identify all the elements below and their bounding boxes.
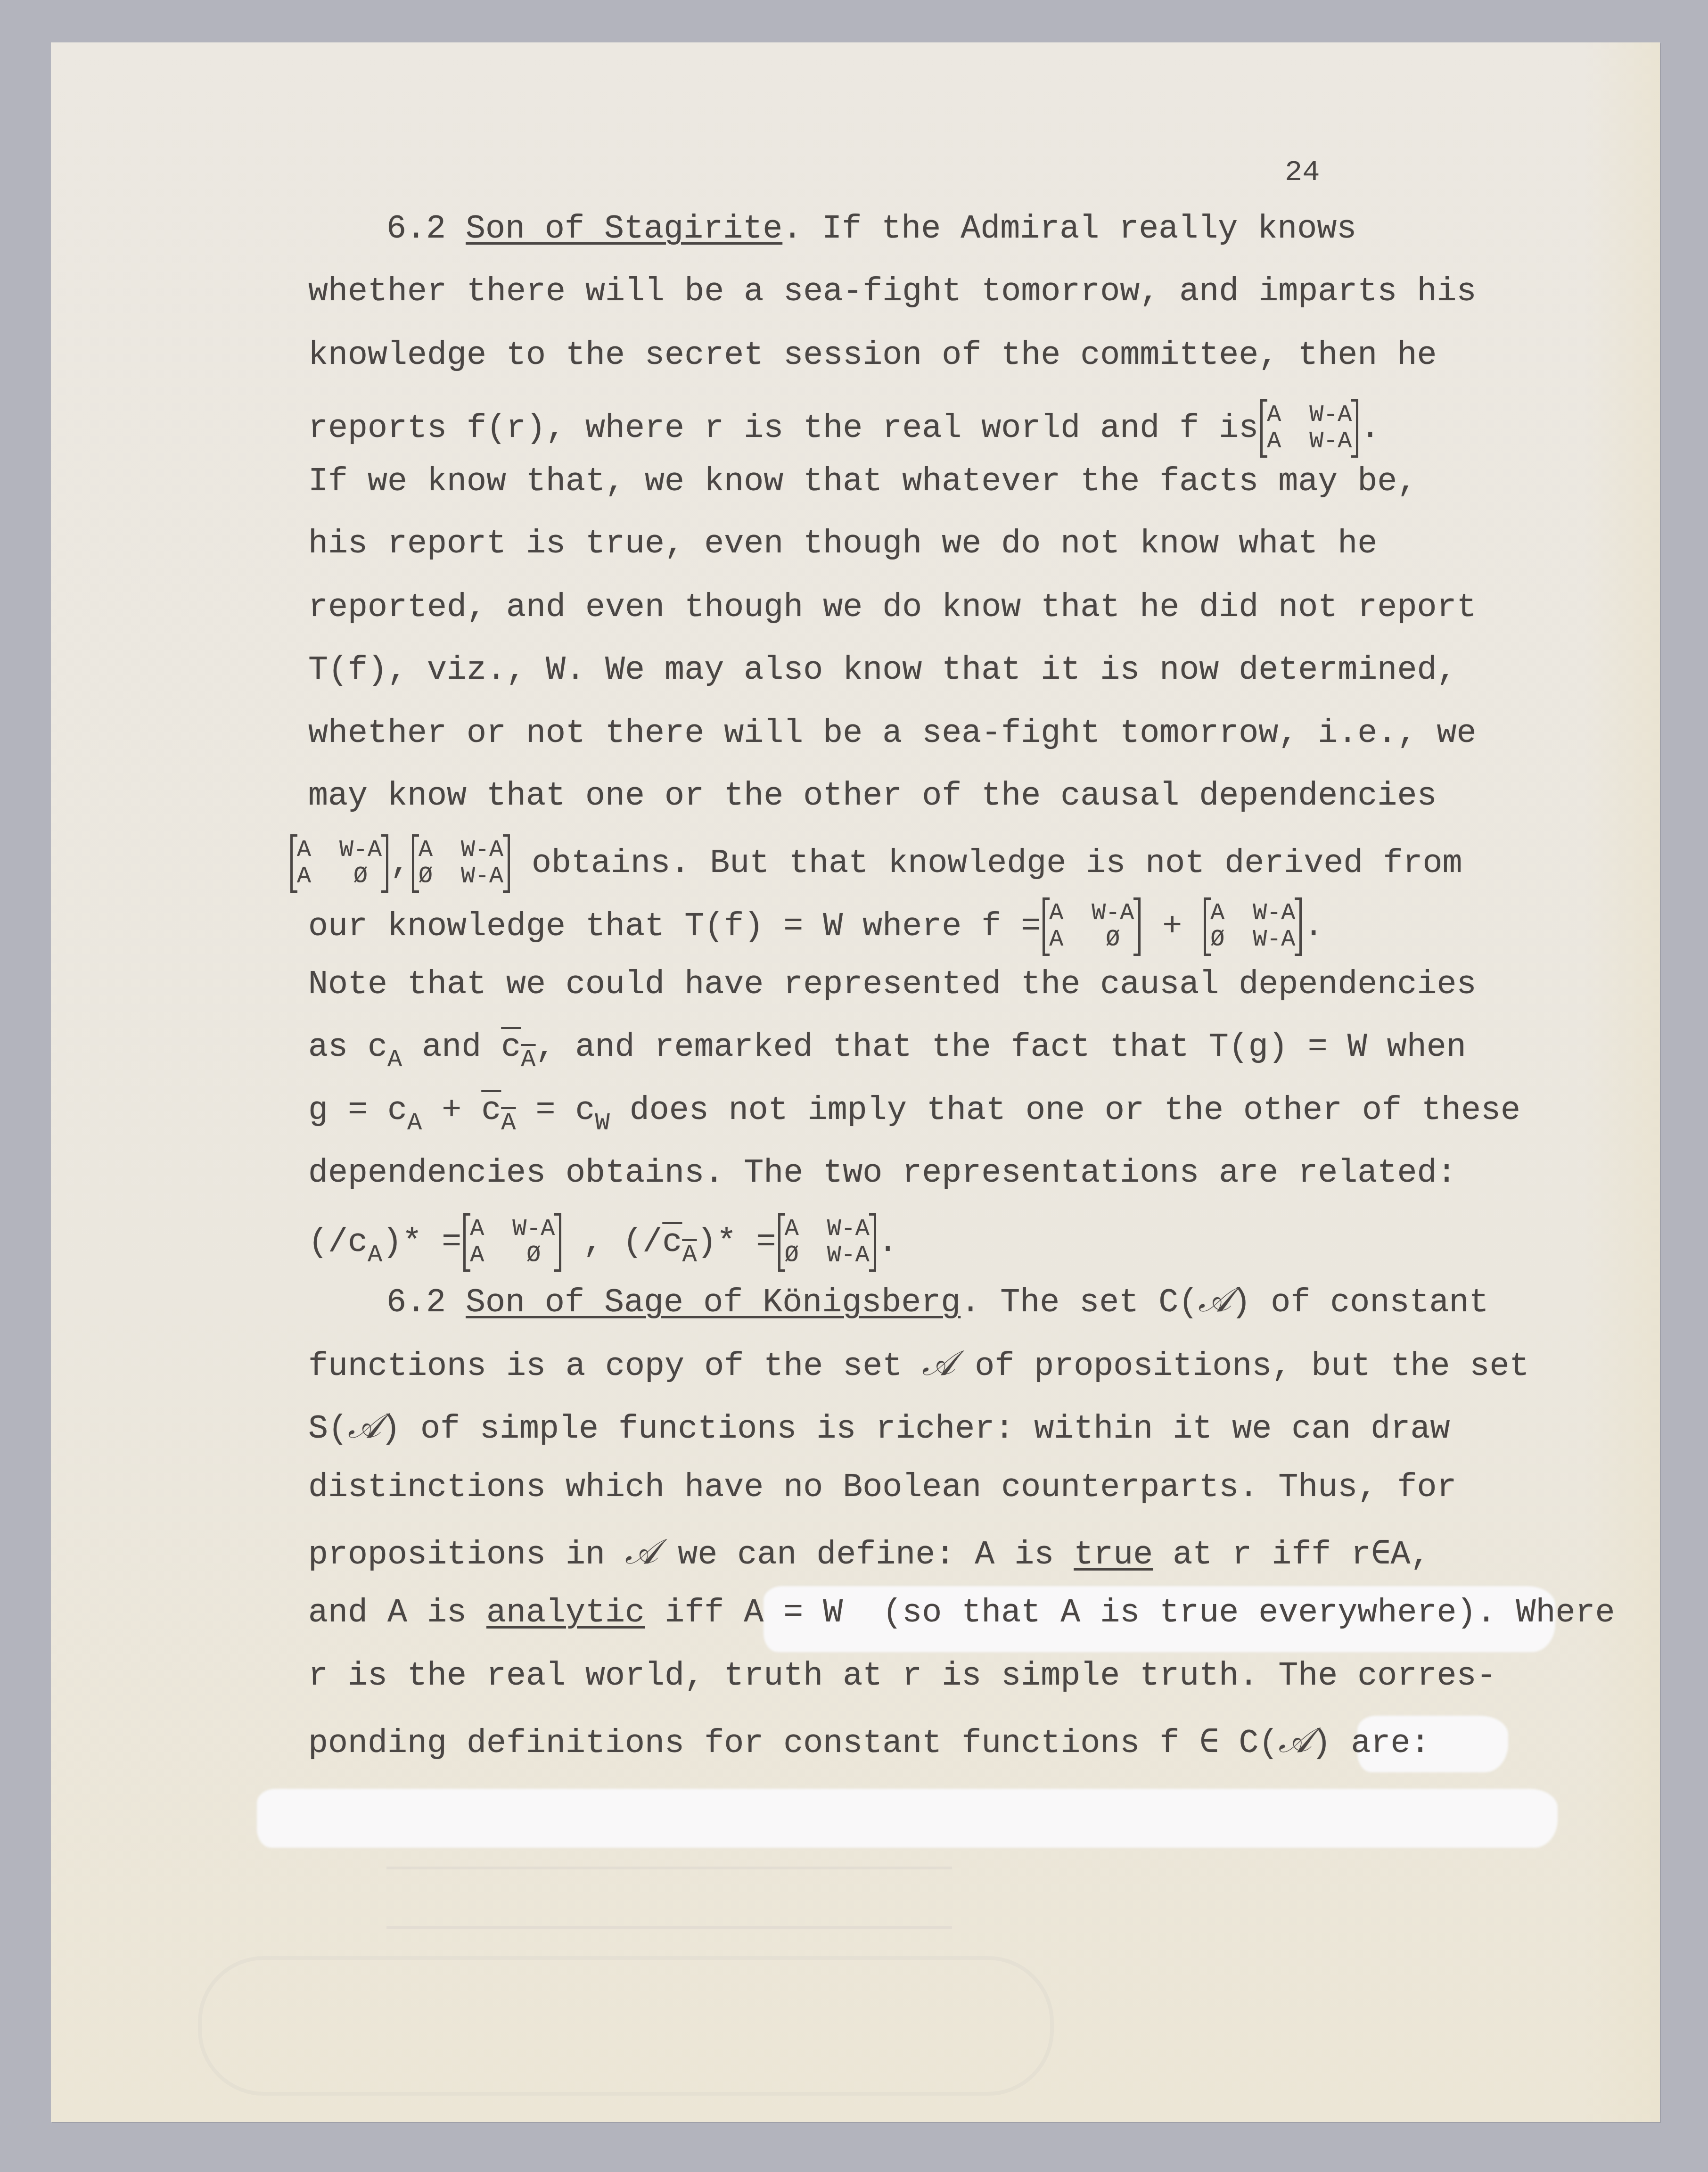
matrix-row: A W-A [419, 837, 503, 864]
text-line: r is the real world, truth at r is simpl… [308, 1660, 1496, 1693]
text-run: c [662, 1224, 682, 1261]
subscript: W [595, 1109, 610, 1137]
text-run: propositions in [308, 1537, 625, 1574]
text-line: and A is analytic iff A = W (so that A i… [308, 1597, 1615, 1630]
matrix-dependency-2: A W-AØ W-A [412, 837, 510, 890]
correction-fluid-patch [257, 1789, 1558, 1848]
text-run: )* = [697, 1224, 776, 1261]
text-line: reports f(r), where r is the real world … [308, 402, 1380, 455]
section1-heading-line: 6.2 Son of Stagirite. If the Admiral rea… [386, 213, 1356, 246]
term-true: true [1074, 1537, 1153, 1574]
text-run: does not imply that one or the other of … [610, 1092, 1520, 1129]
script-a-symbol: 𝒜 [625, 1531, 658, 1572]
text-line: whether or not there will be a sea-fight… [308, 717, 1476, 750]
text-run: our knowledge that T(f) = W where f = [308, 908, 1041, 946]
matrix-sum-term-2: A W-AØ W-A [1204, 900, 1302, 953]
text-line: S(𝒜) of simple functions is richer: with… [308, 1408, 1450, 1446]
text-run: S( [308, 1411, 348, 1448]
matrix-row: A W-A [297, 837, 382, 864]
script-a-symbol: 𝒜 [348, 1406, 381, 1446]
text-run: and [402, 1029, 501, 1066]
text-run: ponding definitions for constant functio… [308, 1725, 1278, 1762]
text-run: c [501, 1029, 521, 1066]
subscript: A [682, 1241, 697, 1269]
text-line: may know that one or the other of the ca… [308, 780, 1437, 813]
text-run: iff A = W (so that A is true everywhere)… [645, 1595, 1615, 1632]
text-run: c [481, 1092, 501, 1129]
matrix-row: A W-A [1049, 900, 1134, 927]
text-run: . [878, 1224, 898, 1261]
text-line: knowledge to the secret session of the c… [308, 339, 1437, 372]
matrix-relation-1: A W-AA Ø [463, 1216, 561, 1269]
text-run: , [390, 845, 410, 882]
show-through-mark [386, 1867, 952, 1929]
subscript: A [407, 1109, 422, 1137]
matrix-f: A W-AA W-A [1260, 402, 1358, 455]
section2-number: 6.2 [386, 1284, 446, 1322]
matrix-row: A W-A [1267, 402, 1352, 428]
text-run: ) of constant [1231, 1284, 1488, 1322]
term-analytic: analytic [486, 1595, 645, 1632]
section1-title: Son of Stagirite [466, 211, 782, 248]
text-line: propositions in 𝒜 we can define: A is tr… [308, 1534, 1430, 1572]
script-a-symbol: 𝒜 [1278, 1720, 1311, 1761]
matrix-sum-term-1: A W-AA Ø [1043, 900, 1141, 953]
matrix-row: A W-A [1210, 900, 1295, 927]
text-run: , (/ [563, 1224, 662, 1261]
section1-number: 6.2 [386, 211, 446, 248]
text-line: whether there will be a sea-fight tomorr… [308, 276, 1476, 309]
text-run: obtains. But that knowledge is not deriv… [512, 845, 1462, 882]
text-line: ponding definitions for constant functio… [308, 1723, 1430, 1761]
text-run: and A is [308, 1595, 486, 1632]
text-run: . [1304, 908, 1323, 946]
matrix-row: Ø W-A [419, 864, 503, 890]
text-line: (/cA)* =A W-AA Ø , (/cA)* =A W-AØ W-A. [308, 1216, 898, 1269]
text-run: as c [308, 1029, 387, 1066]
text-run: (/c [308, 1224, 368, 1261]
text-run: , and remarked that the fact that T(g) =… [536, 1029, 1466, 1066]
text-line: as cA and cA, and remarked that the fact… [308, 1031, 1466, 1064]
text-line: T(f), viz., W. We may also know that it … [308, 654, 1456, 687]
matrix-row: A Ø [470, 1242, 555, 1269]
text-run: functions is a copy of the set [308, 1348, 922, 1385]
matrix-row: Ø W-A [785, 1242, 870, 1269]
matrix-row: Ø W-A [1210, 927, 1295, 953]
c-bar: cA [481, 1092, 516, 1129]
matrix-row: A Ø [297, 864, 382, 890]
page-number: 24 [1285, 156, 1320, 189]
text-run: . If the Admiral really knows [782, 211, 1356, 248]
script-a-symbol: 𝒜 [922, 1343, 955, 1383]
text-line: If we know that, we know that whatever t… [308, 466, 1417, 499]
text-line: A W-AA Ø,A W-AØ W-A obtains. But that kn… [288, 837, 1462, 890]
text-run: we can define: A is [658, 1537, 1074, 1574]
text-run: g = c [308, 1092, 407, 1129]
show-through-mark [198, 1956, 1054, 2096]
text-run: at r iff r∈A, [1153, 1537, 1430, 1574]
matrix-row: A Ø [1049, 927, 1134, 953]
text-run: . The set C( [961, 1284, 1198, 1322]
text-line: reported, and even though we do know tha… [308, 592, 1476, 625]
subscript: A [368, 1241, 382, 1269]
text-run: of propositions, but the set [955, 1348, 1529, 1385]
text-line: functions is a copy of the set 𝒜 of prop… [308, 1346, 1529, 1383]
text-run: + [422, 1092, 481, 1129]
script-a-symbol: 𝒜 [1198, 1279, 1231, 1320]
matrix-dependency-1: A W-AA Ø [290, 837, 388, 890]
matrix-row: A W-A [785, 1216, 870, 1242]
text-run: ) are: [1312, 1725, 1430, 1762]
text-line: dependencies obtains. The two representa… [308, 1157, 1456, 1190]
c-bar: cA [501, 1029, 535, 1066]
text-line: our knowledge that T(f) = W where f =A W… [308, 900, 1323, 953]
text-run: = c [516, 1092, 595, 1129]
text-run: ) of simple functions is richer: within … [381, 1411, 1450, 1448]
section2-title: Son of Sage of Königsberg [466, 1284, 961, 1322]
subscript: A [387, 1046, 402, 1074]
c-bar: cA [662, 1224, 697, 1261]
subscript: A [501, 1109, 516, 1137]
text-line: his report is true, even though we do no… [308, 528, 1377, 561]
matrix-row: A W-A [1267, 428, 1352, 455]
text-run: reports f(r), where r is the real world … [308, 410, 1258, 447]
text-line: distinctions which have no Boolean count… [308, 1472, 1456, 1505]
text-run: + [1142, 908, 1202, 946]
matrix-relation-2: A W-AØ W-A [778, 1216, 876, 1269]
section2-heading-line: 6.2 Son of Sage of Königsberg. The set C… [386, 1282, 1488, 1320]
subscript: A [521, 1046, 535, 1074]
text-line: Note that we could have represented the … [308, 969, 1476, 1002]
text-line: g = cA + cA = cW does not imply that one… [308, 1094, 1520, 1127]
matrix-row: A W-A [470, 1216, 555, 1242]
text-run: . [1360, 410, 1380, 447]
text-run: )* = [382, 1224, 461, 1261]
